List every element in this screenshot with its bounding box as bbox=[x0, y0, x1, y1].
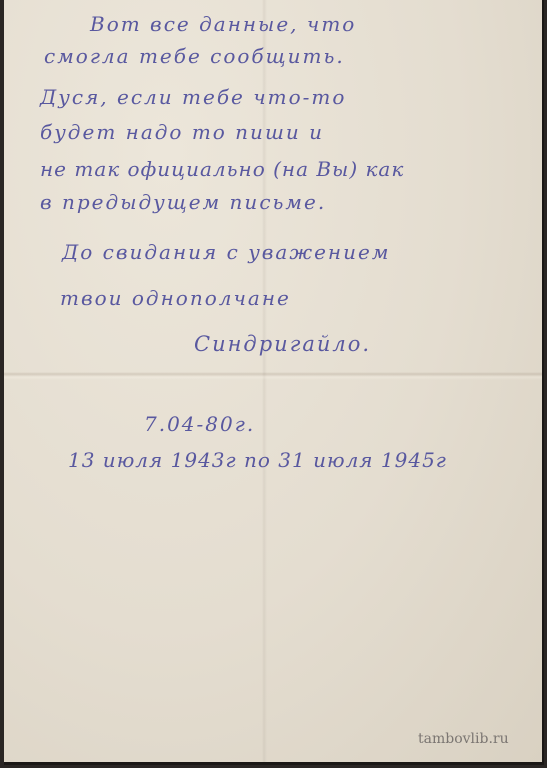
letter-line-8: твои однополчане bbox=[60, 286, 291, 310]
letter-line-3: Дуся, если тебе что-то bbox=[40, 85, 346, 109]
letter-date: 7.04-80г. bbox=[144, 412, 255, 436]
letter-line-4: будет надо то пиши и bbox=[40, 120, 324, 144]
service-period: 13 июля 1943г по 31 июля 1945г bbox=[68, 448, 447, 472]
letter-line-2: смогла тебе сообщить. bbox=[44, 44, 345, 68]
letter-line-5: не так официально (на Вы) как bbox=[40, 157, 404, 181]
letter-line-6: в предыдущем письме. bbox=[40, 190, 326, 214]
letter-line-1: Вот все данные, что bbox=[90, 12, 356, 36]
watermark: tambovlib.ru bbox=[418, 731, 509, 747]
letter-line-7: До свидания с уважением bbox=[62, 240, 390, 264]
signature: Синдригайло. bbox=[194, 332, 371, 356]
letter-paper: Вот все данные, что смогла тебе сообщить… bbox=[4, 0, 544, 765]
